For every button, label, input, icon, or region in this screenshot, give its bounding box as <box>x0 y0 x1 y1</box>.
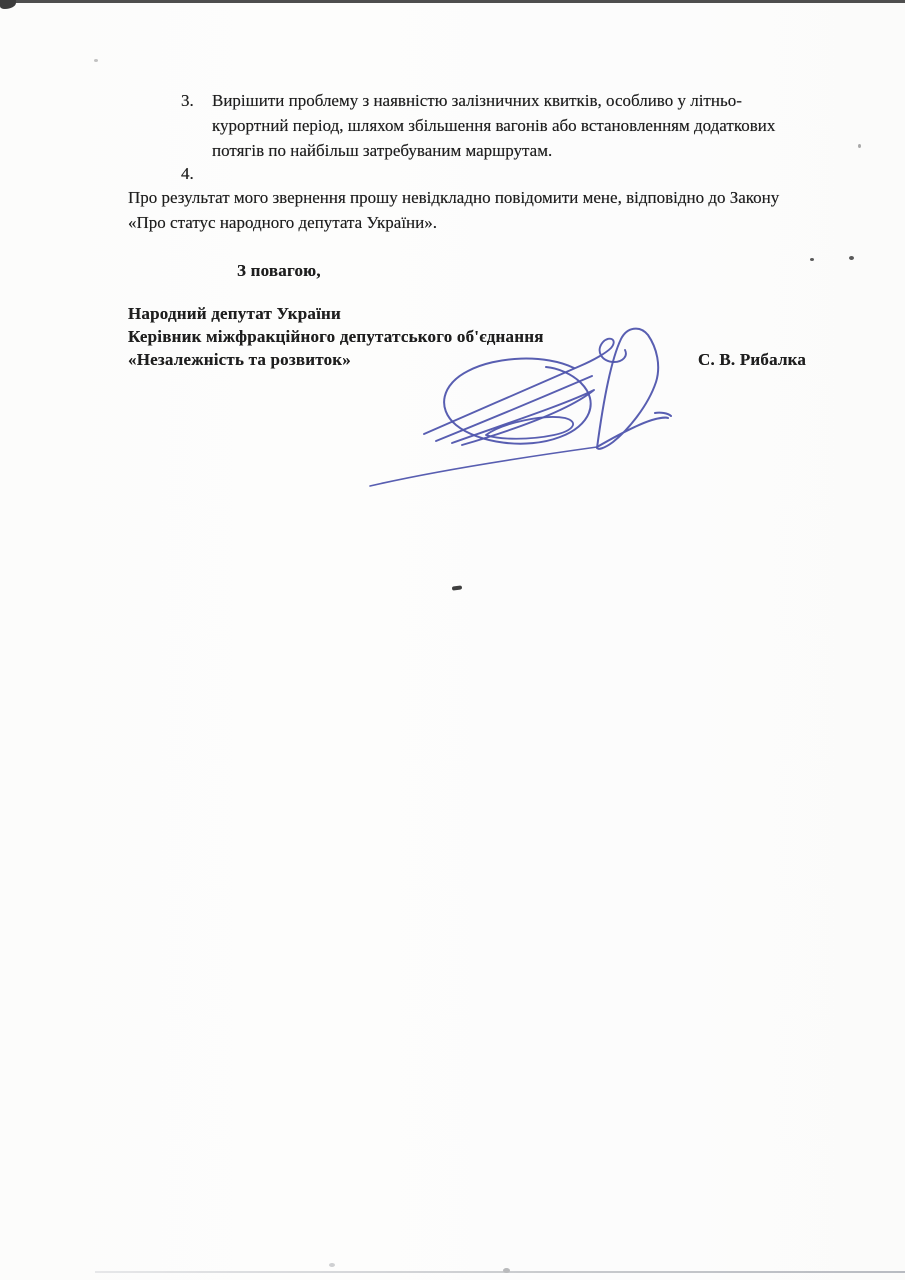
scan-speck <box>503 1268 510 1273</box>
signature-underline-stroke <box>370 447 597 486</box>
scan-speck <box>329 1263 335 1267</box>
closing-paragraph-line-2: «Про статус народного депутата України». <box>128 210 779 235</box>
list-item-4-number: 4. <box>181 161 194 186</box>
scan-corner-mark <box>0 0 16 9</box>
scan-bottom-edge <box>95 1271 905 1273</box>
signature-small-loop-stroke <box>486 417 573 439</box>
signature-scribble-stroke <box>424 339 626 445</box>
closing-paragraph-line-1: Про результат мого звернення прошу невід… <box>128 185 779 210</box>
list-item-3-number: 3. <box>181 88 194 113</box>
scan-top-edge <box>0 0 905 3</box>
list-item-3-line-1: Вирішити проблему з наявністю залізнични… <box>212 88 775 113</box>
list-item-3-text: Вирішити проблему з наявністю залізнични… <box>212 88 775 163</box>
signature-tall-loop-stroke <box>597 329 671 449</box>
scan-speck <box>452 585 462 590</box>
closing-paragraph: Про результат мого звернення прошу невід… <box>128 185 779 235</box>
scan-speck <box>94 59 98 62</box>
list-item-3-line-2: курортний період, шляхом збільшення ваго… <box>212 113 775 138</box>
signer-name: С. В. Рибалка <box>698 347 806 372</box>
signer-title-line-1: Народний депутат України <box>128 302 544 325</box>
scanned-letter-page: 3. Вирішити проблему з наявністю залізни… <box>0 0 905 1280</box>
scan-speck <box>810 258 814 261</box>
scan-speck <box>858 144 861 148</box>
list-item-3-line-3: потягів по найбільш затребуваним маршрут… <box>212 138 775 163</box>
handwritten-signature <box>368 326 680 496</box>
scan-speck <box>849 256 854 260</box>
valediction: З повагою, <box>237 258 321 283</box>
